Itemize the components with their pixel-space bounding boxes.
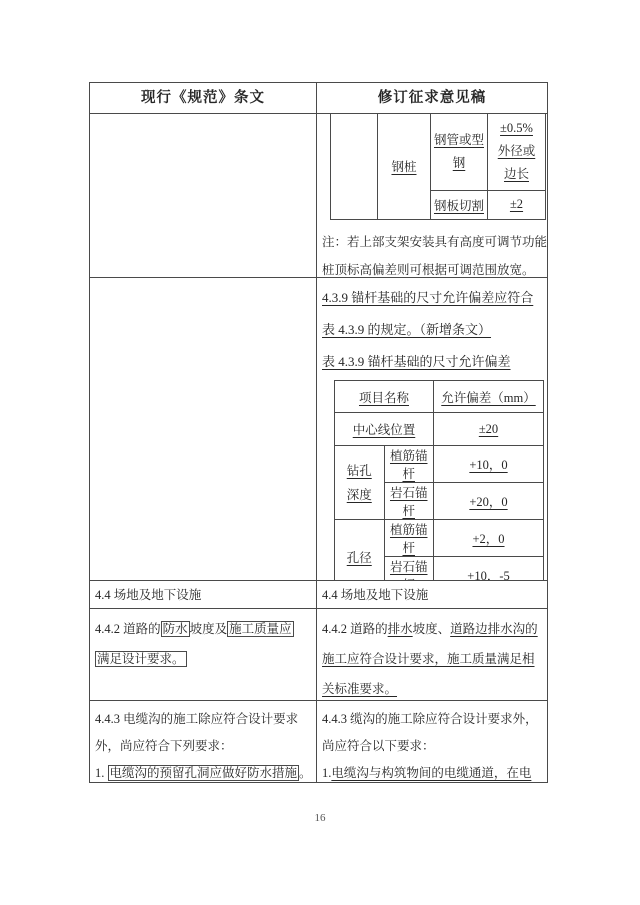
pipe-tolerance-cell: ±0.5% 外径或 边长 (488, 114, 546, 190)
current-spec-empty-cell-2 (90, 278, 316, 580)
text-line: 1.电缆沟与构筑物间的电缆通道，在电 (322, 760, 545, 782)
pile-note: 注：若上部支架安装具有高度可调节功能， 桩顶标高偏差则可根据可调范围放宽。 (322, 228, 547, 278)
text-line: 关标准要求。 (322, 674, 545, 700)
hole-diameter-cell: 孔径 (335, 520, 385, 581)
revised-4-4-2-cell: 4.4.2 道路的排水坡度、道路边排水沟的 施工应符合设计要求，施工质量满足相 … (316, 609, 547, 700)
rock-anchor-cell: 岩石锚杆 (384, 483, 434, 520)
steel-pipe-cell: 钢管或型 钢 (431, 114, 488, 190)
page-number: 16 (0, 812, 640, 824)
current-4-4-3-cell: 4.4.3 电缆沟的施工除应符合设计要求 外，尚应符合下列要求： 1. 电缆沟的… (90, 701, 316, 782)
header-current-spec: 现行《规范》条文 (90, 83, 316, 113)
current-spec-empty-cell-1 (90, 114, 316, 277)
inserted-text: 道路边排水沟的 (450, 622, 538, 636)
deleted-text-box: 电缆沟的预留孔洞应做好防水措施 (108, 765, 300, 781)
rebar-anchor-tolerance: +2，0 (434, 520, 544, 557)
current-4-4-2-cell: 4.4.2 道路的防水坡度及施工质量应 满足设计要求。 (90, 609, 316, 700)
text-line: 4.4.3 缆沟的施工除应符合设计要求外， (322, 706, 545, 733)
rebar-anchor-cell: 植筋锚杆 (384, 446, 434, 483)
plate-cut-cell: 钢板切割 (431, 190, 488, 219)
static-text: 。 (299, 766, 312, 780)
centerline-tolerance-cell: ±20 (434, 413, 544, 446)
revised-anchor-cell: 4.3.9 锚杆基础的尺寸允许偏差应符合 表 4.3.9 的规定。（新增条文） … (316, 278, 547, 580)
note-line: 注：若上部支架安装具有高度可调节功能， (322, 228, 547, 256)
document-page: 现行《规范》条文 修订征求意见稿 钢桩 钢管或型 钢 ±0.5% 外径或 边长 … (0, 0, 640, 905)
rebar-anchor-cell: 植筋锚杆 (384, 520, 434, 557)
inserted-text: 关标准要求。 (322, 682, 397, 696)
inserted-text: 施工应符合设计要求，施工质量满足相 (322, 652, 535, 666)
anchor-tolerance-table: 项目名称 允许偏差（mm） 中心线位置 ±20 钻孔 深度 植筋锚杆 +10，0… (334, 380, 544, 580)
text-line: 满足设计要求。 (95, 644, 314, 674)
inserted-text: 排水 (388, 622, 413, 636)
static-text: 4.4.2 道路的 (95, 622, 161, 636)
clause-4-3-9-line: 表 4.3.9 的规定。（新增条文） (322, 314, 547, 346)
note-line: 桩顶标高偏差则可根据可调范围放宽。 (322, 256, 547, 278)
row-pile-tolerance: 钢桩 钢管或型 钢 ±0.5% 外径或 边长 钢板切割 ±2 注：若上部支架安装… (90, 113, 547, 277)
tolerance-header: 允许偏差（mm） (434, 381, 544, 413)
rock-anchor-tolerance: +20，0 (434, 483, 544, 520)
plate-tolerance-cell: ±2 (488, 190, 546, 219)
text-line: 尚应符合以下要求： (322, 733, 545, 760)
rock-anchor-cell: 岩石锚杆 (384, 557, 434, 581)
deleted-text-box: 施工质量应 (227, 621, 294, 637)
row-4-4-3: 4.4.3 电缆沟的施工除应符合设计要求 外，尚应符合下列要求： 1. 电缆沟的… (90, 700, 547, 782)
text-line: 施工应符合设计要求，施工质量满足相 (322, 644, 545, 674)
text-line: 4.4.2 道路的排水坡度、道路边排水沟的 (322, 614, 545, 644)
header-revised-draft: 修订征求意见稿 (316, 83, 547, 113)
deleted-text-box: 满足设计要求。 (95, 651, 187, 667)
static-text: 4.4.2 道路的 (322, 622, 388, 636)
row-anchor-tolerance: 4.3.9 锚杆基础的尺寸允许偏差应符合 表 4.3.9 的规定。（新增条文） … (90, 277, 547, 580)
current-4-4-heading: 4.4 场地及地下设施 (90, 581, 316, 608)
static-text: 坡度及 (190, 622, 228, 636)
revised-4-4-heading: 4.4 场地及地下设施 (316, 581, 547, 608)
revised-4-4-3-cell: 4.4.3 缆沟的施工除应符合设计要求外， 尚应符合以下要求： 1.电缆沟与构筑… (316, 701, 547, 782)
comparison-table: 现行《规范》条文 修订征求意见稿 钢桩 钢管或型 钢 ±0.5% 外径或 边长 … (89, 82, 548, 783)
rock-anchor-tolerance: +10，-5 (434, 557, 544, 581)
anchor-clause-paragraph: 4.3.9 锚杆基础的尺寸允许偏差应符合 表 4.3.9 的规定。（新增条文） … (317, 278, 547, 378)
row-4-4-2: 4.4.2 道路的防水坡度及施工质量应 满足设计要求。 4.4.2 道路的排水坡… (90, 608, 547, 700)
clause-4-3-9-line: 4.3.9 锚杆基础的尺寸允许偏差应符合 (322, 282, 547, 314)
revised-pile-cell: 钢桩 钢管或型 钢 ±0.5% 外径或 边长 钢板切割 ±2 注：若上部支架安装… (316, 114, 547, 277)
pile-label-cell: 钢桩 (378, 114, 431, 219)
text-line: 4.4.2 道路的防水坡度及施工质量应 (95, 614, 314, 644)
text-line: 1. 电缆沟的预留孔洞应做好防水措施。 (95, 760, 314, 782)
table-4-3-9-caption: 表 4.3.9 锚杆基础的尺寸允许偏差 (322, 346, 547, 378)
item-name-header: 项目名称 (335, 381, 434, 413)
text-line: 4.4.3 电缆沟的施工除应符合设计要求 (95, 706, 314, 733)
text-line: 外，尚应符合下列要求： (95, 733, 314, 760)
list-number: 1. (322, 766, 331, 780)
deleted-text-box: 防水 (161, 621, 190, 637)
inserted-text: 电缆沟与构筑物间的电缆通道，在电 (331, 766, 531, 780)
table-header-row: 现行《规范》条文 修订征求意见稿 (90, 83, 547, 113)
drill-depth-cell: 钻孔 深度 (335, 446, 385, 520)
static-text: 坡度、 (413, 622, 451, 636)
row-4-4-heading: 4.4 场地及地下设施 4.4 场地及地下设施 (90, 580, 547, 608)
list-number: 1. (95, 766, 108, 780)
blank-cell (331, 114, 378, 219)
rebar-anchor-tolerance: +10，0 (434, 446, 544, 483)
pile-tolerance-table: 钢桩 钢管或型 钢 ±0.5% 外径或 边长 钢板切割 ±2 (330, 114, 546, 220)
centerline-cell: 中心线位置 (335, 413, 434, 446)
